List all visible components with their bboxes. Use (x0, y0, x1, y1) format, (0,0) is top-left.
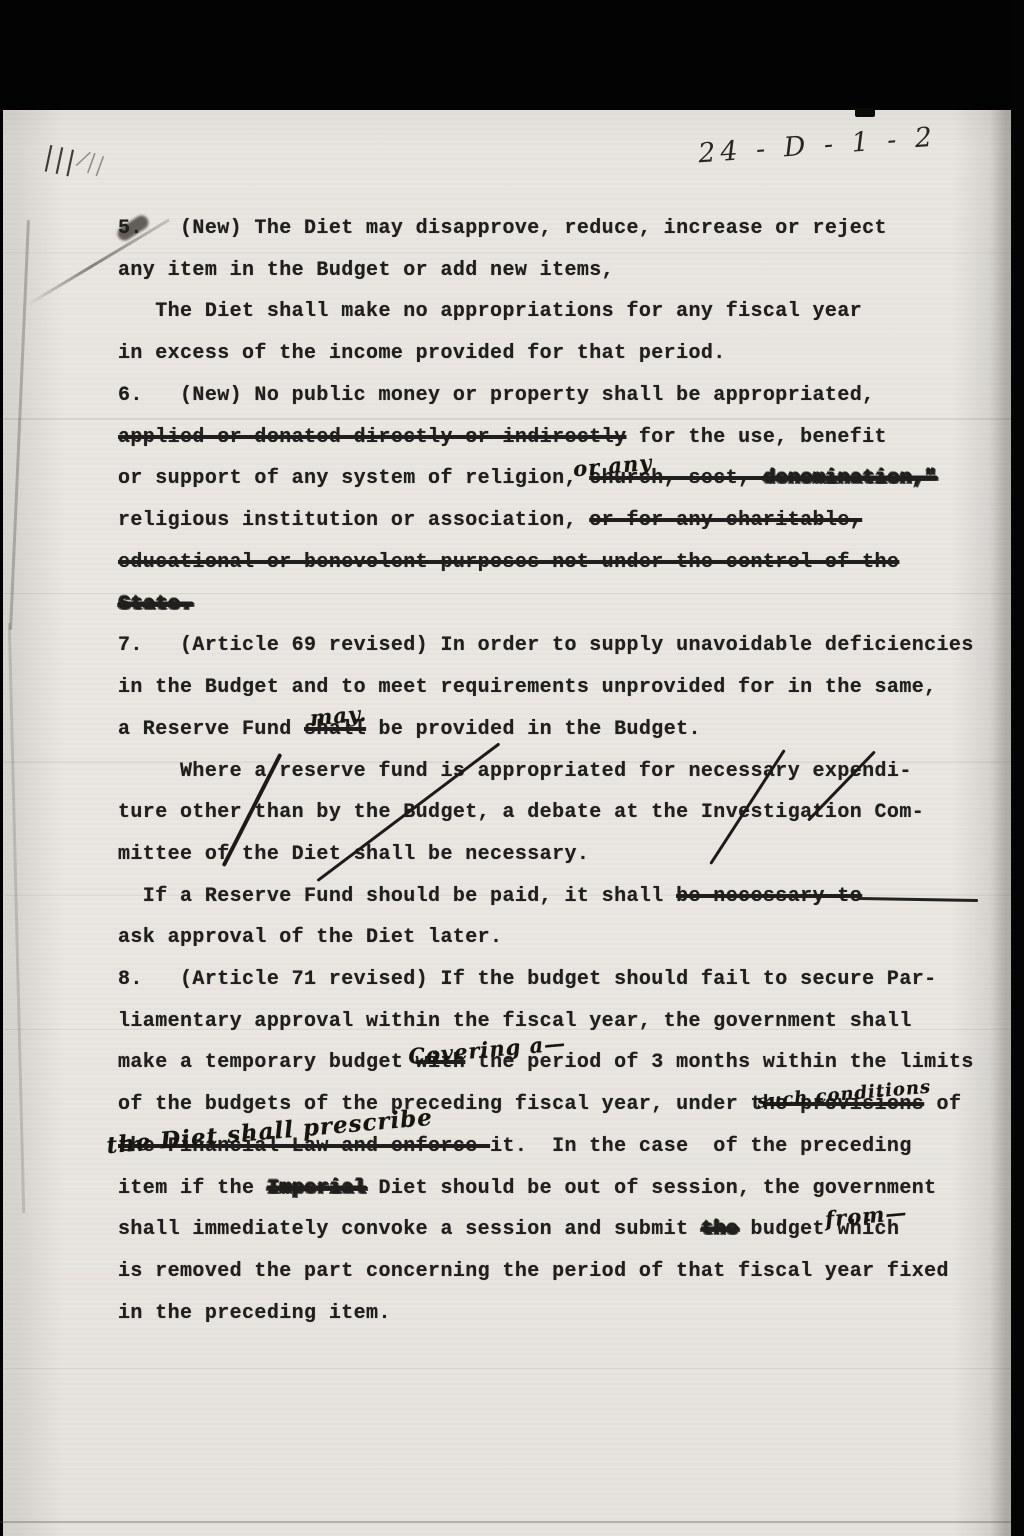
scan-streak (0, 1368, 1024, 1369)
typed-line: of the budgets of the preceding fiscal y… (118, 1090, 961, 1120)
typed-line: mittee of the Diet shall be necessary. (118, 840, 589, 870)
paper-edge-nick (855, 108, 875, 117)
typed-text: religious institution or association, (118, 509, 589, 532)
typed-text: ture other than by the Budget, a debate … (118, 801, 924, 824)
typed-text: If a Reserve Fund should be paid, it sha… (118, 885, 676, 908)
typed-text: 7. (Article 69 revised) In order to supp… (118, 634, 974, 657)
struck-text: educational or benevolent purposes not u… (118, 551, 899, 574)
typed-text: 6. (New) No public money or property sha… (118, 384, 875, 407)
scanned-document-page: 5. (New) The Diet may disapprove, reduce… (0, 0, 1024, 1536)
left-fold-line-upper (9, 220, 30, 630)
typed-text: make a temporary budget (118, 1051, 416, 1074)
typed-text: liamentary approval within the fiscal ye… (118, 1010, 912, 1033)
typed-line: in the preceding item. (118, 1299, 391, 1329)
typed-text: Diet should be out of session, the gover… (366, 1177, 937, 1200)
scribbled-text: Imperial (267, 1177, 366, 1200)
annotation-anchor: withCovering a— (416, 1048, 466, 1078)
typed-text: for the use, benefit (626, 426, 886, 449)
typed-line: ask approval of the Diet later. (118, 923, 502, 953)
typed-line: applied or donated directly or indirectl… (118, 423, 887, 453)
typed-text: is removed the part concerning the perio… (118, 1260, 949, 1283)
typed-text: Where a reserve fund is appropriated for… (118, 760, 912, 783)
pen-tally-mark: ||| (42, 143, 80, 176)
annotation-anchor: the Financial Law and enforce the Diet s… (118, 1132, 490, 1162)
typed-line: The Diet shall make no appropriations fo… (118, 297, 862, 327)
annotation-anchor: whichfrom— (825, 1215, 899, 1245)
typed-line: ture other than by the Budget, a debate … (118, 798, 924, 828)
typed-text: of the budgets of the preceding fiscal y… (118, 1093, 763, 1116)
annotation-anchor: church, sect, or any (589, 464, 763, 494)
typed-line: item if the Imperial Diet should be out … (118, 1174, 937, 1204)
typed-line: 8. (Article 71 revised) If the budget sh… (118, 965, 937, 995)
handwritten-insert: or any (573, 452, 654, 480)
scan-border-right (1011, 0, 1024, 1536)
scan-border-top (0, 0, 1024, 110)
typed-text: a Reserve Fund (118, 718, 304, 741)
typed-line: If a Reserve Fund should be paid, it sha… (118, 882, 862, 912)
typed-line: Where a reserve fund is appropriated for… (118, 757, 912, 787)
typed-line: or support of any system of religion, ch… (118, 464, 937, 494)
handwritten-insert: may. (309, 703, 368, 729)
typed-text: shall immediately convoke a session and … (118, 1218, 701, 1241)
handwritten-insert: from— (824, 1201, 908, 1229)
typed-line: 5. (New) The Diet may disapprove, reduce… (118, 214, 887, 244)
typed-line: 7. (Article 69 revised) In order to supp… (118, 631, 974, 661)
scan-streak (0, 1521, 1024, 1523)
typed-text: 5. (New) The Diet may disapprove, reduce… (118, 217, 887, 240)
typed-text: or support of any system of religion, (118, 467, 589, 490)
typed-line: make a temporary budget withCovering a— … (118, 1048, 974, 1078)
typed-line: educational or benevolent purposes not u… (118, 548, 899, 578)
left-fold-line-lower (8, 623, 25, 1213)
struck-text: applied or donated directly or indirectl… (118, 426, 626, 449)
typed-line: State. (118, 590, 192, 620)
typed-text: item if the (118, 1177, 267, 1200)
struck-text: be necessary to (676, 885, 862, 908)
scribbled-text: the (701, 1218, 738, 1241)
typed-line: in excess of the income provided for tha… (118, 339, 726, 369)
typed-line: liamentary approval within the fiscal ye… (118, 1007, 912, 1037)
typed-line: in the Budget and to meet requirements u… (118, 673, 937, 703)
typed-text: ask approval of the Diet later. (118, 926, 502, 949)
typed-line: is removed the part concerning the perio… (118, 1257, 949, 1287)
scan-streak (0, 418, 1024, 420)
typed-line: the Financial Law and enforce the Diet s… (118, 1132, 912, 1162)
typed-text: in the preceding item. (118, 1302, 391, 1325)
typed-text: The Diet shall make no appropriations fo… (118, 300, 862, 323)
typed-text: budget (738, 1218, 825, 1241)
typed-text: in the Budget and to meet requirements u… (118, 676, 937, 699)
scribbled-text: State. (118, 593, 192, 616)
annotation-anchor: he provisionssuch conditions (763, 1090, 924, 1120)
typed-text: be provided in the Budget. (366, 718, 701, 741)
typed-line: shall immediately convoke a session and … (118, 1215, 899, 1245)
typed-text: any item in the Budget or add new items, (118, 259, 614, 282)
typed-line: a Reserve Fund shallmay. be provided in … (118, 715, 701, 745)
scribbled-text: denomination," (763, 467, 937, 490)
annotation-anchor: shallmay. (304, 715, 366, 745)
struck-text: or for any charitable, (589, 509, 862, 532)
scan-streak (0, 252, 1024, 253)
typed-line: any item in the Budget or add new items, (118, 256, 614, 286)
typed-text: 8. (Article 71 revised) If the budget sh… (118, 968, 937, 991)
typed-text: it. In the case of the preceding (490, 1135, 912, 1158)
typed-text: in excess of the income provided for tha… (118, 342, 726, 365)
typed-line: 6. (New) No public money or property sha… (118, 381, 875, 411)
typed-line: religious institution or association, or… (118, 506, 862, 536)
